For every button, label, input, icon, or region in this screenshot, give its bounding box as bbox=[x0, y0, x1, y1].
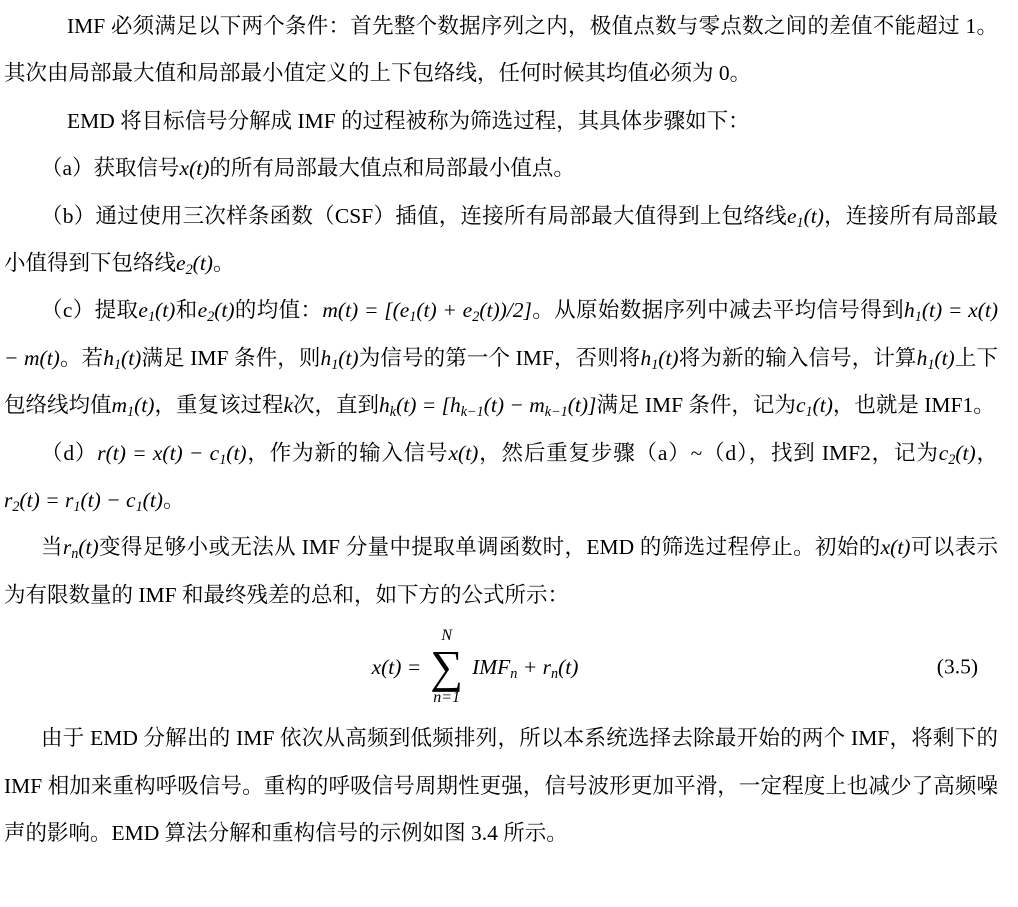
text-run: 。若 bbox=[60, 346, 103, 370]
equation-block: x(t) =N∑n=1IMFn + rn(t)(3.5) bbox=[4, 619, 998, 715]
math-run: e bbox=[138, 298, 148, 322]
math-subscript: k−1 bbox=[545, 404, 568, 420]
document-body: IMF 必须满足以下两个条件：首先整个数据序列之内，极值点数与零点数之间的差值不… bbox=[0, 0, 1018, 858]
text-run: 的所有局部最大值点和局部最小值点。 bbox=[209, 156, 575, 180]
math-run: h bbox=[320, 346, 331, 370]
paragraph: IMF 必须满足以下两个条件：首先整个数据序列之内，极值点数与零点数之间的差值不… bbox=[4, 3, 998, 98]
math-run: h bbox=[103, 346, 114, 370]
math-run: (t) bbox=[143, 488, 163, 512]
math-run: e bbox=[198, 298, 208, 322]
text-run: 当 bbox=[41, 535, 63, 559]
math-run: (t) bbox=[955, 441, 975, 465]
paragraph: EMD 将目标信号分解成 IMF 的过程被称为筛选过程，其具体步骤如下： bbox=[4, 98, 998, 145]
math-run: h bbox=[379, 393, 390, 417]
math-run: h bbox=[917, 346, 928, 370]
text-run: 由于 EMD 分解出的 IMF 依次从高频到低频排列，所以本系统选择去除最开始的… bbox=[4, 726, 998, 845]
math-subscript: 1 bbox=[136, 499, 143, 515]
paragraph: 由于 EMD 分解出的 IMF 依次从高频到低频排列，所以本系统选择去除最开始的… bbox=[4, 715, 998, 857]
math-run: (t) bbox=[226, 441, 246, 465]
math-subscript: 1 bbox=[148, 309, 155, 325]
math-run: (t) bbox=[338, 346, 358, 370]
text-run: ，重复该过程 bbox=[154, 393, 283, 417]
math-run: (t) = r bbox=[19, 488, 73, 512]
sigma-lower-limit: n=1 bbox=[433, 689, 460, 707]
text-run: 满足 IMF 条件，记为 bbox=[596, 393, 796, 417]
text-run: ，作为新的输入信号 bbox=[247, 441, 449, 465]
math-subscript: 1 bbox=[797, 215, 804, 231]
math-run: (t) − c bbox=[80, 488, 135, 512]
text-run: ，然后重复步骤（a）~（d），找到 IMF2，记为 bbox=[478, 441, 938, 465]
math-run: e bbox=[176, 251, 186, 275]
text-run: EMD 将目标信号分解成 IMF 的过程被称为筛选过程，其具体步骤如下： bbox=[67, 109, 750, 133]
text-run: （b）通过使用三次样条函数（CSF）插值，连接所有局部最大值得到上包络线 bbox=[41, 204, 787, 228]
math-run: x(t) bbox=[881, 535, 911, 559]
text-run: IMF 必须满足以下两个条件：首先整个数据序列之内，极值点数与零点数之间的差值不… bbox=[4, 14, 998, 85]
math-run: c bbox=[939, 441, 949, 465]
text-run: 为信号的第一个 IMF，否则将 bbox=[359, 346, 641, 370]
math-run: (t) bbox=[658, 346, 678, 370]
formula-rhs: IMFn + rn(t) bbox=[472, 644, 578, 691]
math-run: (t) bbox=[155, 298, 175, 322]
math-run: (t) bbox=[558, 655, 578, 679]
math-run: (t) bbox=[813, 393, 833, 417]
math-run: e bbox=[787, 204, 797, 228]
text-run: 变得足够小或无法从 IMF 分量中提取单调函数时，EMD 的筛选过程停止。初始的 bbox=[99, 535, 881, 559]
text-run: 次，直到 bbox=[293, 393, 379, 417]
text-run: 满足 IMF 条件，则 bbox=[141, 346, 320, 370]
math-run: (t))/2] bbox=[479, 298, 532, 322]
paragraph: （a）获取信号x(t)的所有局部最大值点和局部最小值点。 bbox=[4, 145, 998, 192]
math-subscript: n bbox=[551, 666, 558, 682]
math-subscript: k−1 bbox=[461, 404, 484, 420]
math-run: m(t) = [(e bbox=[322, 298, 409, 322]
document-page: IMF 必须满足以下两个条件：首先整个数据序列之内，极值点数与零点数之间的差值不… bbox=[0, 0, 1018, 907]
text-run: （a）获取信号 bbox=[41, 156, 180, 180]
text-run: 将为新的输入信号，计算 bbox=[679, 346, 917, 370]
math-run: IMF bbox=[472, 655, 510, 679]
math-run: x(t) bbox=[449, 441, 479, 465]
text-run: 。 bbox=[213, 251, 235, 275]
text-run: （c）提取 bbox=[41, 298, 138, 322]
text-run: 和 bbox=[175, 298, 197, 322]
math-run: h bbox=[904, 298, 915, 322]
math-run: k bbox=[283, 393, 293, 417]
math-run: (t) bbox=[193, 251, 213, 275]
math-run: (t) bbox=[214, 298, 234, 322]
math-run: m bbox=[112, 393, 128, 417]
math-subscript: 1 bbox=[805, 404, 812, 420]
paragraph: 当rn(t)变得足够小或无法从 IMF 分量中提取单调函数时，EMD 的筛选过程… bbox=[4, 524, 998, 619]
sigma-sum: N∑n=1 bbox=[430, 627, 463, 707]
math-subscript: 1 bbox=[114, 357, 121, 373]
math-run: (t) bbox=[121, 346, 141, 370]
math-run: r(t) = x(t) − c bbox=[97, 441, 219, 465]
text-run: ，也就是 IMF1。 bbox=[833, 393, 995, 417]
math-subscript: 2 bbox=[186, 262, 193, 278]
math-run: (t) − m bbox=[484, 393, 545, 417]
math-run: (t) bbox=[804, 204, 824, 228]
sigma-symbol: ∑ bbox=[430, 645, 463, 689]
equation-number: (3.5) bbox=[937, 644, 978, 691]
math-run: (t) = [h bbox=[396, 393, 461, 417]
math-run: (t) + e bbox=[416, 298, 472, 322]
math-run: (t) bbox=[134, 393, 154, 417]
paragraph: （c）提取e1(t)和e2(t)的均值：m(t) = [(e1(t) + e2(… bbox=[4, 287, 998, 429]
formula-lhs: x(t) = bbox=[372, 644, 422, 691]
formula: x(t) =N∑n=1IMFn + rn(t) bbox=[372, 627, 579, 707]
math-run: r bbox=[63, 535, 71, 559]
text-run: ， bbox=[976, 441, 998, 465]
text-run: 的均值： bbox=[235, 298, 323, 322]
math-run: + r bbox=[517, 655, 551, 679]
math-run: h bbox=[640, 346, 651, 370]
text-run: 。从原始数据序列中减去平均信号得到 bbox=[532, 298, 904, 322]
paragraph: （d）r(t) = x(t) − c1(t)，作为新的输入信号x(t)，然后重复… bbox=[4, 430, 998, 525]
math-run: (t)] bbox=[568, 393, 597, 417]
math-run: x(t) bbox=[180, 156, 210, 180]
text-run: 。 bbox=[163, 488, 185, 512]
text-run: （d） bbox=[41, 441, 97, 465]
paragraph: （b）通过使用三次样条函数（CSF）插值，连接所有局部最大值得到上包络线e1(t… bbox=[4, 193, 998, 288]
math-run: (t) bbox=[934, 346, 954, 370]
math-subscript: 1 bbox=[915, 309, 922, 325]
math-run: (t) bbox=[78, 535, 98, 559]
math-subscript: n bbox=[510, 666, 517, 682]
